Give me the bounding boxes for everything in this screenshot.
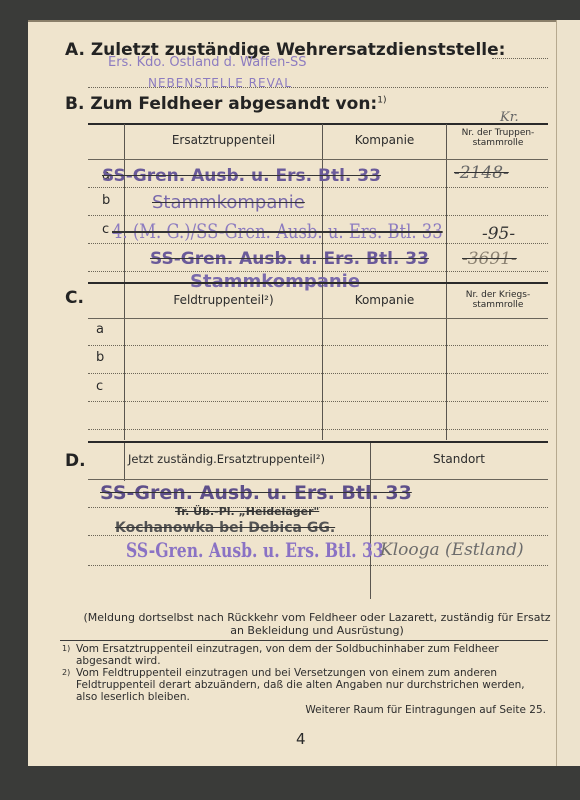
d-col-divider-1 xyxy=(124,443,125,481)
c-row-a-line xyxy=(88,345,548,346)
d-row-3-line xyxy=(88,565,548,566)
b-col-divider-3 xyxy=(446,124,447,282)
b-col-divider-1 xyxy=(124,124,125,282)
b-row-a-unit-stamp: SS-Gren. Ausb. u. Ers. Btl. 33 xyxy=(102,166,381,186)
b-row-letter-b: b xyxy=(102,193,110,208)
d-col-divider-2 xyxy=(370,443,371,599)
c-col-kompanie: Kompanie xyxy=(323,293,446,307)
b-row-a-line xyxy=(88,187,548,188)
c-col-divider-1 xyxy=(124,284,125,440)
c-row-letter-b: b xyxy=(96,350,104,365)
d-entry-4-unit: SS-Gren. Ausb. u. Ers. Btl. 33 xyxy=(126,538,384,562)
b-col-kompanie: Kompanie xyxy=(323,133,446,147)
d-header-rule xyxy=(88,479,548,480)
d-row-2-line xyxy=(88,535,548,536)
continuation-note: Weiterer Raum für Eintragungen auf Seite… xyxy=(266,704,546,716)
section-d-top-rule xyxy=(88,441,548,443)
b-row-a-number: -2148- xyxy=(454,163,509,183)
c-row-letter-c: c xyxy=(96,379,103,394)
notice-text: (Meldung dortselbst nach Rückkehr vom Fe… xyxy=(82,611,552,637)
footnote-2-mark: 2) xyxy=(62,667,76,703)
c-row-d-line xyxy=(88,429,548,430)
page-number: 4 xyxy=(296,730,306,748)
b-row-b-unit-stamp: Stammkompanie xyxy=(152,192,305,213)
footnote-2: 2) Vom Feldtruppenteil einzutragen und b… xyxy=(62,667,546,703)
d-entry-3-unit: Kochanowka bei Debica GG. xyxy=(115,520,335,536)
b-row-letter-c: c xyxy=(102,222,109,237)
b-row-c-unit-stamp: 4. (M. G.)/SS-Gren. Ausb. u. Ers. Btl. 3… xyxy=(112,219,443,243)
b-header-rule xyxy=(88,159,548,160)
section-d-heading: D. xyxy=(65,451,86,471)
d-entry-4-location: Klooga (Estland) xyxy=(380,540,524,560)
b-row-c-line xyxy=(88,243,548,244)
b-col-overwrite: Kr. xyxy=(500,110,519,125)
section-b-label: B. Zum Feldheer abgesandt von: xyxy=(65,94,377,114)
c-col-divider-3 xyxy=(446,284,447,440)
c-col-kriegsstammrolle: Nr. der Kriegs-stammrolle xyxy=(450,290,546,310)
section-a-dotline xyxy=(492,58,548,59)
d-col-standort: Standort xyxy=(371,452,547,466)
section-c-heading: C. xyxy=(65,288,84,308)
adjacent-page-edge xyxy=(556,20,580,766)
d-col-ersatztruppenteil: Jetzt zuständig.Ersatztruppenteil²) xyxy=(128,452,368,466)
b-col-stammrolle: Nr. der Truppen-stammrolle xyxy=(450,128,546,148)
footnote-rule xyxy=(60,640,548,641)
c-col-feldtruppenteil: Feldtruppenteil²) xyxy=(125,293,322,307)
footnote-ref: 1) xyxy=(377,95,386,105)
b-row-d-unit-stamp: SS-Gren. Ausb. u. Ers. Btl. 33 xyxy=(150,249,429,269)
b-row-b-line xyxy=(88,215,548,216)
d-entry-1-unit: SS-Gren. Ausb. u. Ers. Btl. 33 xyxy=(100,482,412,504)
footnote-1-text: Vom Ersatztruppenteil einzutragen, von d… xyxy=(76,643,546,667)
footnote-1-mark: 1) xyxy=(62,643,76,667)
c-row-b-line xyxy=(88,373,548,374)
section-c-top-rule xyxy=(88,282,548,284)
c-header-rule xyxy=(88,318,548,319)
section-b-top-rule xyxy=(88,123,548,125)
footnote-2-text: Vom Feldtruppenteil einzutragen und bei … xyxy=(76,667,546,703)
d-entry-2-unit: Tr. Üb.-Pl. „Heidelager" xyxy=(175,505,319,518)
b-col-ersatztruppenteil: Ersatztruppenteil xyxy=(125,133,322,147)
c-col-divider-2 xyxy=(322,284,323,440)
section-b-heading: B. Zum Feldheer abgesandt von:1) xyxy=(65,94,386,114)
section-a-stamp-line2: NEBENSTELLE REVAL xyxy=(148,76,292,90)
section-a-stamp-line1: Ers. Kdo. Ostland d. Waffen-SS xyxy=(108,55,307,70)
b-row-c-number: -95- xyxy=(482,224,515,244)
c-row-letter-a: a xyxy=(96,322,104,337)
footnote-1: 1) Vom Ersatztruppenteil einzutragen, vo… xyxy=(62,643,546,667)
c-row-c-line xyxy=(88,401,548,402)
b-row-d-number: -3691- xyxy=(462,249,517,269)
